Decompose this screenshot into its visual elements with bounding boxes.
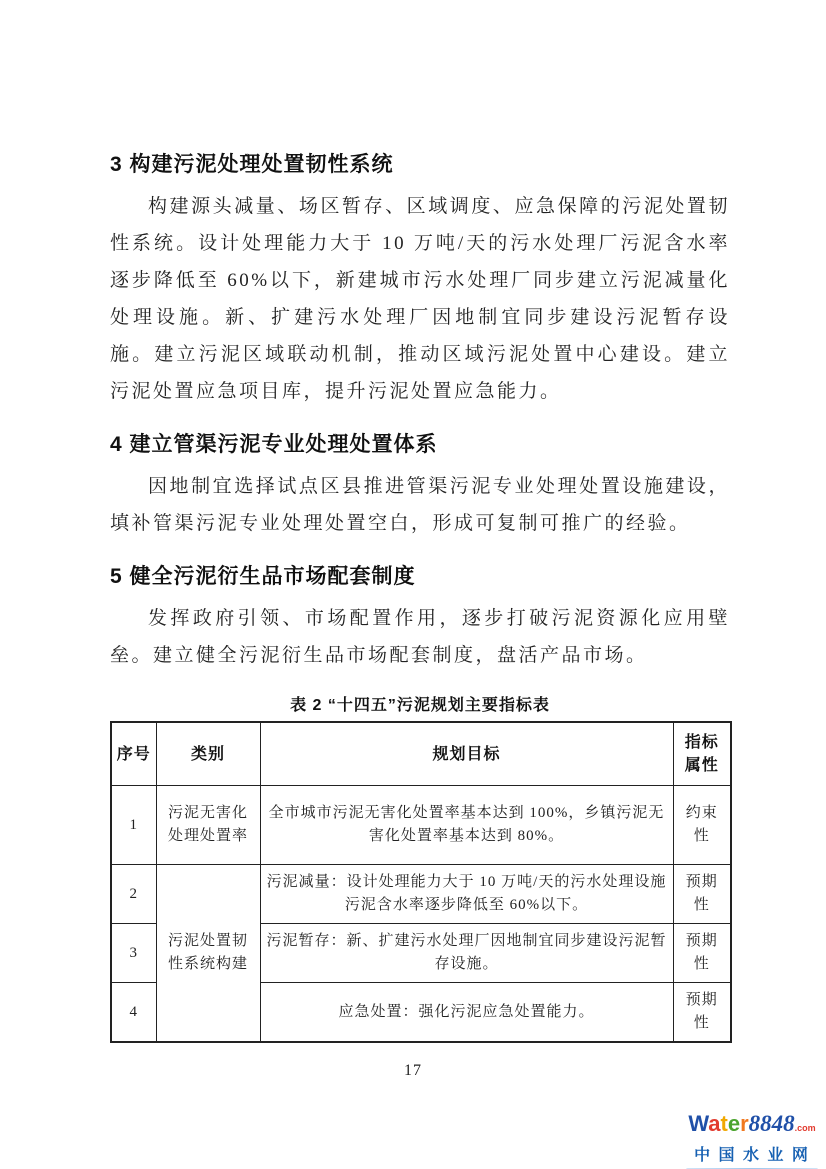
header-indicator-attribute: 指标属性 <box>673 722 731 786</box>
cell-attribute: 约束性 <box>673 786 731 865</box>
section-5: 5 健全污泥衍生品市场配套制度 发挥政府引领、市场配置作用，逐步打破污泥资源化应… <box>110 560 730 674</box>
indicator-table: 序号 类别 规划目标 指标属性 1 污泥无害化处理处置率 全市城市污泥无害化处置… <box>110 721 732 1043</box>
header-serial-number: 序号 <box>111 722 156 786</box>
cell-target: 污泥暂存：新、扩建污水处理厂因地制宜同步建设污泥暂存设施。 <box>260 924 673 983</box>
cell-attribute: 预期性 <box>673 865 731 924</box>
section-5-heading: 5 健全污泥衍生品市场配套制度 <box>110 560 730 590</box>
table-header-row: 序号 类别 规划目标 指标属性 <box>111 722 731 786</box>
section-3-heading: 3 构建污泥处理处置韧性系统 <box>110 148 730 178</box>
water8848-wordmark: Water8848.com <box>686 1112 818 1140</box>
document-page: 3 构建污泥处理处置韧性系统 构建源头减量、场区暂存、区域调度、应急保障的污泥处… <box>0 0 826 1169</box>
header-category: 类别 <box>156 722 260 786</box>
table-row: 2 污泥处置韧性系统构建 污泥减量：设计处理能力大于 10 万吨/天的污水处理设… <box>111 865 731 924</box>
header-planning-target: 规划目标 <box>260 722 673 786</box>
section-3: 3 构建污泥处理处置韧性系统 构建源头减量、场区暂存、区域调度、应急保障的污泥处… <box>110 148 730 410</box>
brand-letter: W <box>688 1111 708 1136</box>
water8848-tagline: 中 国 水 业 网 <box>686 1142 818 1165</box>
brand-number: 8848 <box>749 1111 795 1136</box>
brand-tld: .com <box>795 1123 816 1133</box>
brand-letter: r <box>740 1111 749 1136</box>
section-4-paragraph: 因地制宜选择试点区县推进管渠污泥专业处理处置设施建设，填补管渠污泥专业处理处置空… <box>110 468 730 542</box>
cell-no: 3 <box>111 924 156 983</box>
cell-no: 2 <box>111 865 156 924</box>
cell-category-merged: 污泥处置韧性系统构建 <box>156 865 260 1043</box>
brand-letter: e <box>728 1111 740 1136</box>
table-caption: 表 2 “十四五”污泥规划主要指标表 <box>110 692 730 715</box>
cell-target: 全市城市污泥无害化处置率基本达到 100%，乡镇污泥无害化处置率基本达到 80%… <box>260 786 673 865</box>
brand-letter: t <box>721 1111 728 1136</box>
table-row: 1 污泥无害化处理处置率 全市城市污泥无害化处置率基本达到 100%，乡镇污泥无… <box>111 786 731 865</box>
page-number: 17 <box>0 1062 826 1080</box>
cell-no: 4 <box>111 983 156 1043</box>
section-3-paragraph: 构建源头减量、场区暂存、区域调度、应急保障的污泥处置韧性系统。设计处理能力大于 … <box>110 188 730 410</box>
cell-attribute: 预期性 <box>673 924 731 983</box>
section-4-heading: 4 建立管渠污泥专业处理处置体系 <box>110 428 730 458</box>
cell-target: 应急处置：强化污泥应急处置能力。 <box>260 983 673 1043</box>
brand-letter: a <box>708 1111 720 1136</box>
document-content: 3 构建污泥处理处置韧性系统 构建源头减量、场区暂存、区域调度、应急保障的污泥处… <box>110 148 730 1043</box>
cell-target: 污泥减量：设计处理能力大于 10 万吨/天的污水处理设施污泥含水率逐步降低至 6… <box>260 865 673 924</box>
water8848-logo: Water8848.com 中 国 水 业 网 <box>686 1112 818 1169</box>
cell-no: 1 <box>111 786 156 865</box>
section-5-paragraph: 发挥政府引领、市场配置作用，逐步打破污泥资源化应用壁垒。建立健全污泥衍生品市场配… <box>110 600 730 674</box>
cell-attribute: 预期性 <box>673 983 731 1043</box>
section-4: 4 建立管渠污泥专业处理处置体系 因地制宜选择试点区县推进管渠污泥专业处理处置设… <box>110 428 730 542</box>
cell-category: 污泥无害化处理处置率 <box>156 786 260 865</box>
